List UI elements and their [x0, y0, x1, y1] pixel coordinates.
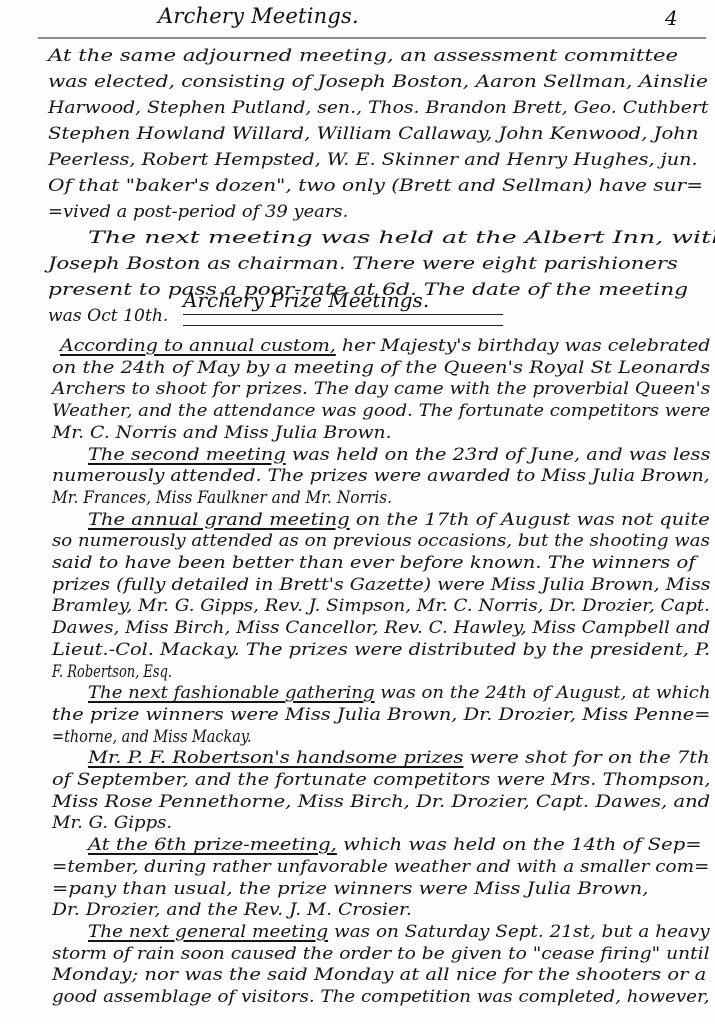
header-divider	[38, 37, 706, 39]
text-line: Peerless, Robert Hempsted, W. E. Skinner…	[48, 150, 698, 170]
text-line: The next fashionable gathering was on th…	[88, 683, 711, 703]
text-line: on the 24th of May by a meeting of the Q…	[52, 358, 710, 378]
line-text: which was held on the 14th of Sep=	[337, 835, 702, 855]
line-text: was held on the 23rd of June, and was le…	[286, 445, 711, 465]
text-line: The next general meeting was on Saturday…	[88, 922, 710, 942]
line-text: =pany than usual, the prize winners were…	[52, 879, 648, 899]
text-line: was Oct 10th.	[48, 306, 168, 326]
text-line: of September, and the fortunate competit…	[52, 770, 711, 790]
underlined-lead-phrase: At the 6th prize-meeting,	[88, 835, 337, 855]
line-text: =thorne, and Miss Mackay.	[52, 727, 252, 747]
text-line: Monday; nor was the said Monday at all n…	[52, 965, 706, 985]
line-text: the prize winners were Miss Julia Brown,…	[52, 705, 710, 725]
text-line: =thorne, and Miss Mackay.	[52, 727, 252, 747]
underlined-lead-phrase: The annual grand meeting	[88, 510, 350, 530]
line-text: on the 24th of May by a meeting of the Q…	[52, 358, 710, 378]
line-text: Weather, and the attendance was good. Th…	[52, 401, 710, 421]
text-line: storm of rain soon caused the order to b…	[52, 944, 710, 964]
line-text: Miss Rose Pennethorne, Miss Birch, Dr. D…	[52, 792, 710, 812]
underlined-lead-phrase: The next general meeting	[88, 922, 328, 942]
text-line: Of that "baker's dozen", two only (Brett…	[48, 176, 703, 196]
text-line: Stephen Howland Willard, William Callawa…	[48, 124, 699, 144]
line-text: Bramley, Mr. G. Gipps, Rev. J. Simpson, …	[52, 596, 710, 616]
line-text: Dawes, Miss Birch, Miss Cancellor, Rev. …	[52, 618, 710, 638]
text-line: Dr. Drozier, and the Rev. J. M. Crosier.	[52, 900, 412, 920]
text-line: The next meeting was held at the Albert …	[88, 228, 715, 248]
underlined-lead-phrase: Mr. P. F. Robertson's handsome prizes	[88, 748, 463, 768]
underlined-lead-phrase: The second meeting	[88, 445, 286, 465]
text-line: The annual grand meeting on the 17th of …	[88, 510, 710, 530]
text-line: =tember, during rather unfavorable weath…	[52, 857, 709, 877]
text-line: the prize winners were Miss Julia Brown,…	[52, 705, 710, 725]
text-line: Archers to shoot for prizes. The day cam…	[52, 379, 710, 399]
line-text: Mr. G. Gipps.	[52, 813, 172, 833]
text-line: At the same adjourned meeting, an assess…	[48, 46, 678, 66]
text-line: =pany than usual, the prize winners were…	[52, 879, 648, 899]
text-line: Dawes, Miss Birch, Miss Cancellor, Rev. …	[52, 618, 710, 638]
text-line: said to have been better than ever befor…	[52, 553, 696, 573]
line-text: prizes (fully detailed in Brett's Gazett…	[52, 575, 710, 595]
line-text: F. Robertson, Esq.	[52, 662, 172, 682]
text-line: Mr. C. Norris and Miss Julia Brown.	[52, 423, 392, 443]
line-text: Mr. C. Norris and Miss Julia Brown.	[52, 423, 392, 443]
text-line: so numerously attended as on previous oc…	[52, 531, 710, 551]
text-line: numerously attended. The prizes were awa…	[52, 466, 710, 486]
line-text: Archers to shoot for prizes. The day cam…	[52, 379, 710, 399]
line-text: were shot for on the 7th	[463, 748, 709, 768]
text-line: Harwood, Stephen Putland, sen., Thos. Br…	[48, 98, 708, 118]
line-text: =tember, during rather unfavorable weath…	[52, 857, 709, 877]
line-text: her Majesty's birthday was celebrated	[336, 336, 710, 356]
text-line: Bramley, Mr. G. Gipps, Rev. J. Simpson, …	[52, 596, 710, 616]
text-line: =vived a post-period of 39 years.	[48, 202, 348, 222]
text-line: Mr. G. Gipps.	[52, 813, 172, 833]
text-line: At the 6th prize-meeting, which was held…	[88, 835, 702, 855]
text-line: was elected, consisting of Joseph Boston…	[48, 72, 708, 92]
line-text: of September, and the fortunate competit…	[52, 770, 711, 790]
document-page: Archery Meetings. 4 At the same adjourne…	[0, 0, 715, 1024]
line-text: numerously attended. The prizes were awa…	[52, 466, 710, 486]
text-line: Joseph Boston as chairman. There were ei…	[48, 254, 678, 274]
text-line: Mr. Frances, Miss Faulkner and Mr. Norri…	[52, 488, 392, 508]
underlined-lead-phrase: The next fashionable gathering	[88, 683, 375, 703]
line-text: good assemblage of visitors. The competi…	[52, 987, 709, 1007]
section-title-underline	[183, 314, 503, 326]
line-text: storm of rain soon caused the order to b…	[52, 944, 710, 964]
line-text: on the 17th of August was not quite	[350, 510, 710, 530]
text-line: Weather, and the attendance was good. Th…	[52, 401, 710, 421]
text-line: Miss Rose Pennethorne, Miss Birch, Dr. D…	[52, 792, 710, 812]
underlined-lead-phrase: According to annual custom,	[60, 336, 336, 356]
line-text: Monday; nor was the said Monday at all n…	[52, 965, 706, 985]
line-text: Lieut.-Col. Mackay. The prizes were dist…	[52, 640, 710, 660]
line-text: said to have been better than ever befor…	[52, 553, 696, 573]
line-text: was on the 24th of August, at which	[375, 683, 711, 703]
line-text: was on Saturday Sept. 21st, but a heavy	[328, 922, 710, 942]
text-line: prizes (fully detailed in Brett's Gazett…	[52, 575, 710, 595]
page-number: 4	[665, 6, 678, 30]
text-line: According to annual custom, her Majesty'…	[60, 336, 710, 356]
text-line: Lieut.-Col. Mackay. The prizes were dist…	[52, 640, 710, 660]
section-title-text: Archery Prize Meetings.	[183, 288, 429, 312]
text-line: Mr. P. F. Robertson's handsome prizes we…	[88, 748, 710, 768]
text-line: F. Robertson, Esq.	[52, 662, 172, 682]
text-line: good assemblage of visitors. The competi…	[52, 987, 709, 1007]
line-text: Dr. Drozier, and the Rev. J. M. Crosier.	[52, 900, 412, 920]
section-title: Archery Prize Meetings.	[183, 288, 429, 312]
text-line: The second meeting was held on the 23rd …	[88, 445, 710, 465]
line-text: so numerously attended as on previous oc…	[52, 531, 710, 551]
line-text: Mr. Frances, Miss Faulkner and Mr. Norri…	[52, 488, 392, 508]
page-header-title: Archery Meetings.	[158, 4, 359, 28]
